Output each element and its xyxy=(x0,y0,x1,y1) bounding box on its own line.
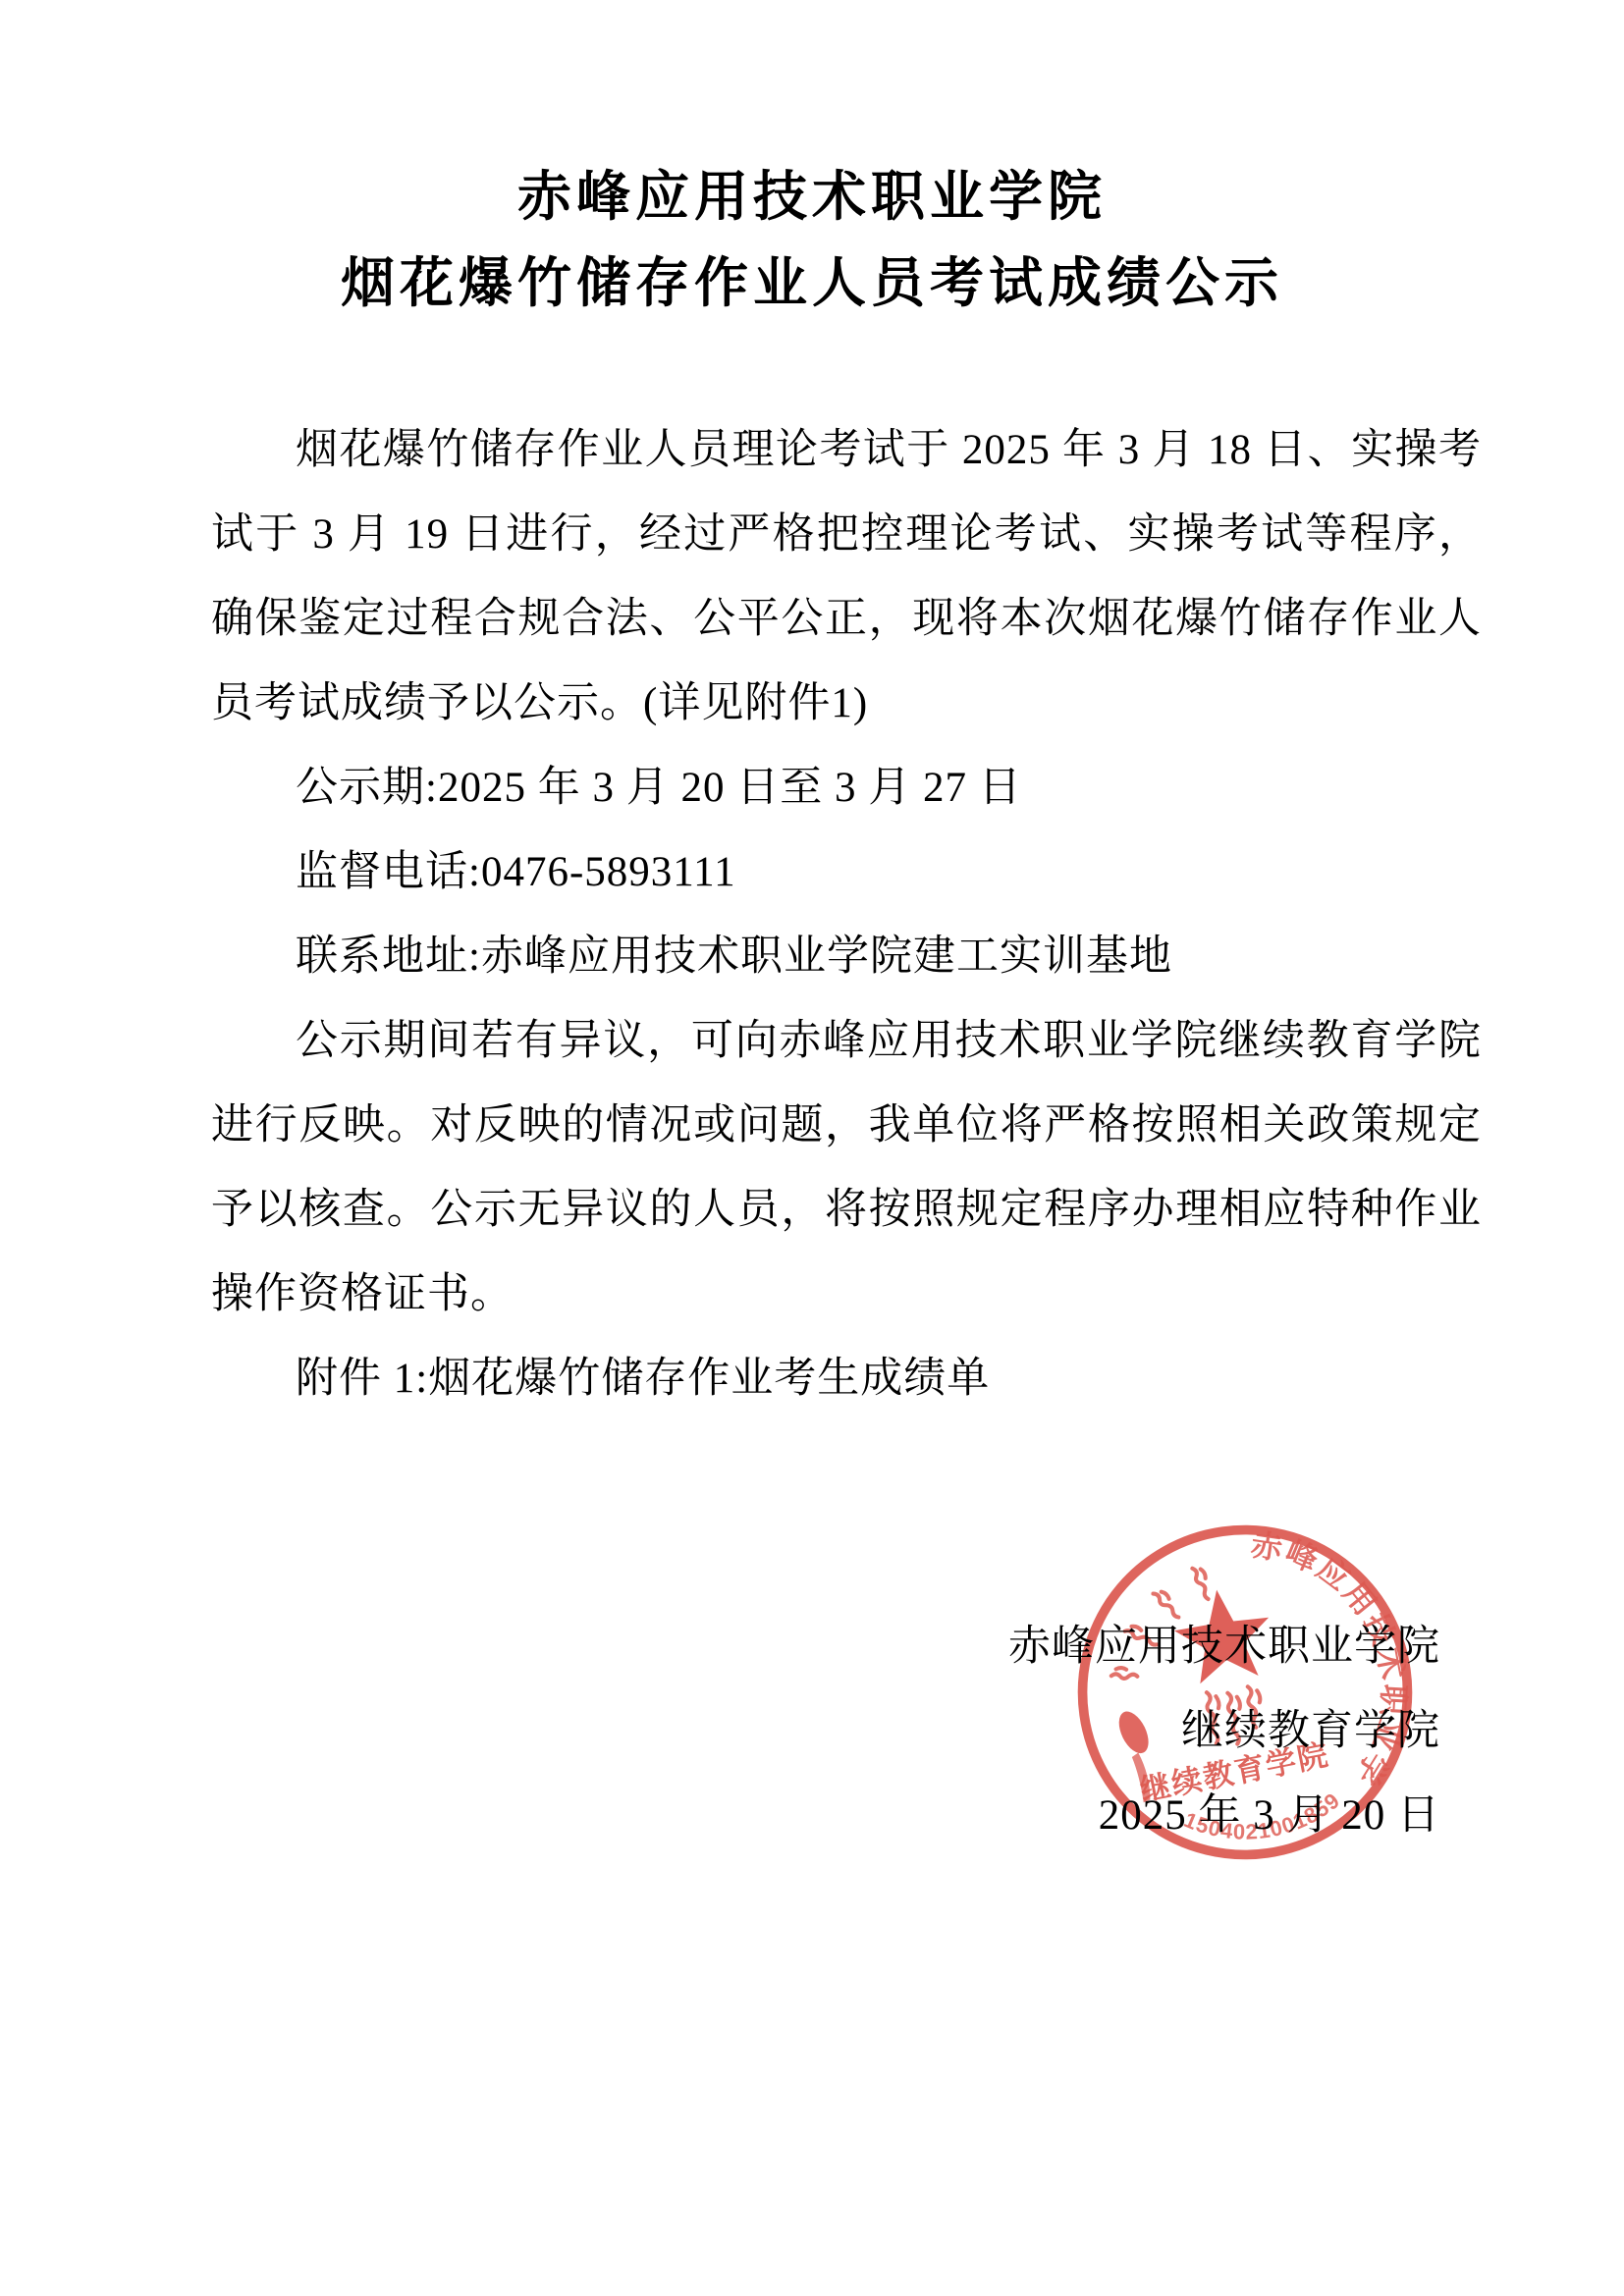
document-body: 烟花爆竹储存作业人员理论考试于 2025 年 3 月 18 日、实操考试于 3 … xyxy=(211,408,1482,1421)
signature-org-line1: 赤峰应用技术职业学院 xyxy=(1008,1605,1440,1689)
paragraph-objection-process: 公示期间若有异议，可向赤峰应用技术职业学院继续教育学院进行反映。对反映的情况或问… xyxy=(211,999,1482,1337)
title-line-1: 赤峰应用技术职业学院 xyxy=(0,153,1624,240)
line-attachment-reference: 附件 1:烟花爆竹储存作业考生成绩单 xyxy=(211,1337,1482,1421)
signature-date: 2025 年 3 月 20 日 xyxy=(1008,1774,1440,1858)
signature-block: 赤峰应用技术职业学院 继续教育学院 2025 年 3 月 20 日 xyxy=(1008,1605,1440,1858)
document-page: 赤峰应用技术职业学院 烟花爆竹储存作业人员考试成绩公示 烟花爆竹储存作业人员理论… xyxy=(0,0,1624,2296)
document-title: 赤峰应用技术职业学院 烟花爆竹储存作业人员考试成绩公示 xyxy=(0,0,1624,326)
line-supervision-phone: 监督电话:0476-5893111 xyxy=(211,830,1482,915)
line-contact-address: 联系地址:赤峰应用技术职业学院建工实训基地 xyxy=(211,915,1482,999)
paragraph-exam-overview: 烟花爆竹储存作业人员理论考试于 2025 年 3 月 18 日、实操考试于 3 … xyxy=(211,408,1482,746)
title-line-2: 烟花爆竹储存作业人员考试成绩公示 xyxy=(0,240,1624,326)
signature-org-line2: 继续教育学院 xyxy=(1008,1689,1440,1774)
line-publicity-period: 公示期:2025 年 3 月 20 日至 3 月 27 日 xyxy=(211,746,1482,830)
